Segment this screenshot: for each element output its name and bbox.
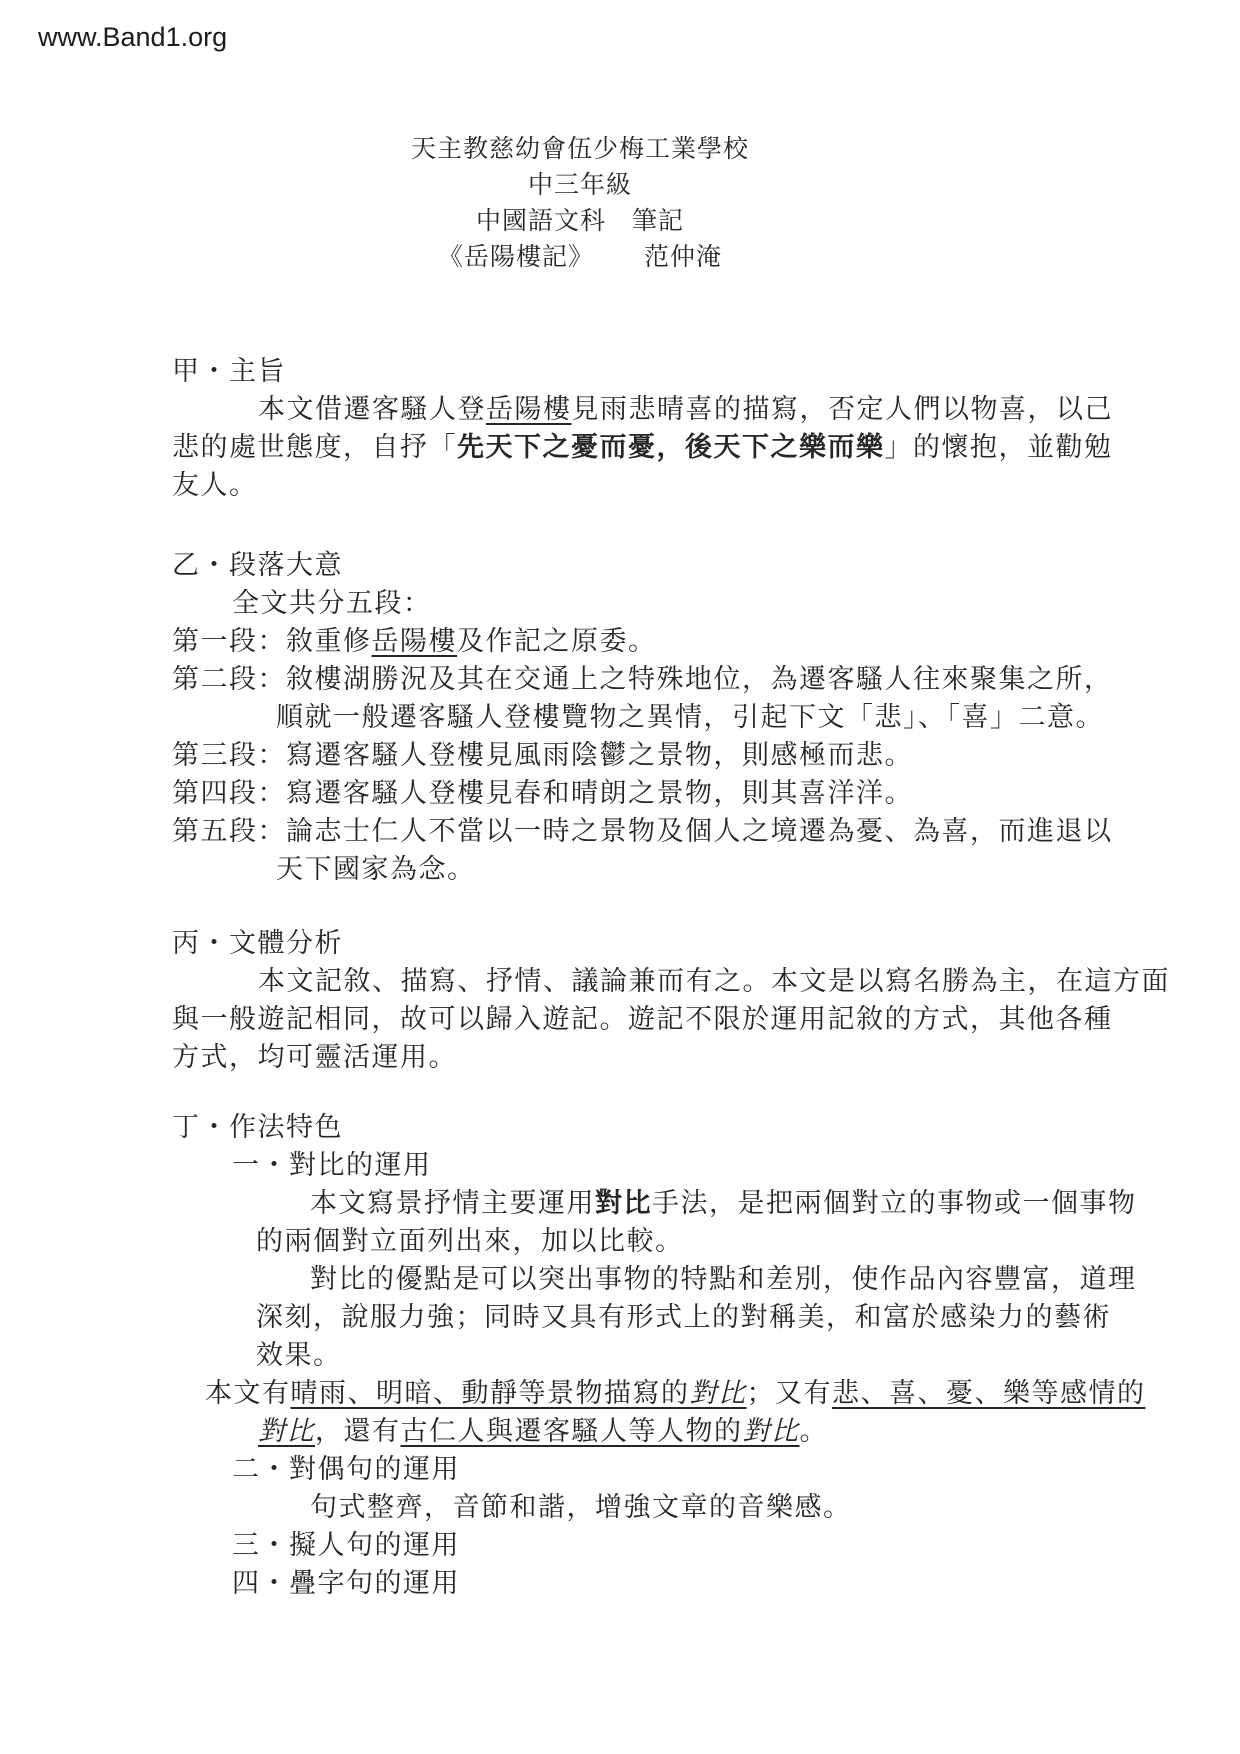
subject-line: 中國語文科筆記: [0, 204, 1160, 240]
text-run: ，還有: [315, 1416, 401, 1446]
section-bing: 丙・文體分析 本文記敘、描寫、抒情、議論兼而有之。本文是以寫名勝為主，在這方面 …: [172, 924, 1162, 1076]
ding-para-3-line-2: 對比，還有古仁人與遷客騷人等人物的對比。: [172, 1412, 1162, 1450]
underlined-italic-term: 對比: [690, 1378, 747, 1408]
section-ding: 丁・作法特色 一・對比的運用 本文寫景抒情主要運用對比手法，是把兩個對立的事物或…: [172, 1108, 1162, 1602]
text-run: 第一段：敘重修: [172, 626, 372, 656]
underlined-italic-term: 對比: [258, 1416, 315, 1446]
ding-para-1-line-2: 的兩個對立面列出來，加以比較。: [172, 1222, 1162, 1260]
section-jia-heading: 甲・主旨: [172, 352, 1162, 390]
ding-para-1-line-1: 本文寫景抒情主要運用對比手法，是把兩個對立的事物或一個事物: [172, 1184, 1162, 1222]
text-run: 見雨悲晴喜的描寫，否定人們以物喜，以己: [572, 394, 1114, 424]
ding-item-1: 一・對比的運用: [172, 1146, 1162, 1184]
underlined-phrase: 悲、喜、憂、樂等感情的: [832, 1378, 1146, 1408]
document-page: www.Band1.org 天主教慈幼會伍少梅工業學校 中三年級 中國語文科筆記…: [0, 0, 1240, 1754]
author-name: 范仲淹: [644, 244, 722, 271]
yi-paragraph-5-line-2: 天下國家為念。: [172, 850, 1162, 888]
ding-para-2-line-2: 深刻，說服力強；同時又具有形式上的對稱美，和富於感染力的藝術: [172, 1298, 1162, 1336]
subject-name: 中國語文科: [476, 208, 606, 235]
ding-para-3-line-1: 本文有晴雨、明暗、動靜等景物描寫的對比；又有悲、喜、憂、樂等感情的: [172, 1374, 1162, 1412]
ding-para-2-line-1: 對比的優點是可以突出事物的特點和差別，使作品內容豐富，道理: [172, 1260, 1162, 1298]
subject-note: 筆記: [632, 208, 684, 235]
underlined-phrase: 古仁人與遷客騷人等人物的: [401, 1416, 743, 1446]
ding-item-4: 四・疊字句的運用: [172, 1564, 1162, 1602]
text-run: ；又有: [747, 1378, 833, 1408]
yi-paragraph-4: 第四段：寫遷客騷人登樓見春和晴朗之景物，則其喜洋洋。: [172, 774, 1162, 812]
text-run: 本文借遷客騷人登: [258, 394, 486, 424]
section-ding-heading: 丁・作法特色: [172, 1108, 1162, 1146]
jia-paragraph-line-3: 友人。: [172, 466, 1162, 504]
watermark-url: www.Band1.org: [0, 0, 1240, 52]
underlined-italic-term: 對比: [743, 1416, 800, 1446]
yi-paragraph-3: 第三段：寫遷客騷人登樓見風雨陰鬱之景物，則感極而悲。: [172, 736, 1162, 774]
yi-paragraph-5-line-1: 第五段：論志士仁人不當以一時之景物及個人之境遷為憂、為喜，而進退以: [172, 812, 1162, 850]
ding-para-2-line-3: 效果。: [172, 1336, 1162, 1374]
title-block: 天主教慈幼會伍少梅工業學校 中三年級 中國語文科筆記 《岳陽樓記》范仲淹: [0, 132, 1160, 276]
school-name: 天主教慈幼會伍少梅工業學校: [0, 132, 1160, 168]
text-run: 悲的處世態度，自抒「: [172, 432, 457, 462]
ding-para-4: 句式整齊，音節和諧，增強文章的音樂感。: [172, 1488, 1162, 1526]
work-line: 《岳陽樓記》范仲淹: [0, 240, 1160, 276]
yi-paragraph-1: 第一段：敘重修岳陽樓及作記之原委。: [172, 622, 1162, 660]
work-title: 《岳陽樓記》: [438, 244, 594, 271]
text-run: 本文寫景抒情主要運用: [310, 1188, 595, 1218]
yi-paragraph-2-line-1: 第二段：敘樓湖勝況及其在交通上之特殊地位，為遷客騷人往來聚集之所，: [172, 660, 1162, 698]
underlined-phrase: 晴雨、明暗、動靜等景物描寫的: [291, 1378, 690, 1408]
text-run: 」的懷抱，並勸勉: [885, 432, 1113, 462]
section-yi: 乙・段落大意 全文共分五段： 第一段：敘重修岳陽樓及作記之原委。 第二段：敘樓湖…: [172, 546, 1162, 888]
ding-item-3: 三・擬人句的運用: [172, 1526, 1162, 1564]
bing-paragraph-line-3: 方式，均可靈活運用。: [172, 1038, 1162, 1076]
yi-paragraph-2-line-2: 順就一般遷客騷人登樓覽物之異情，引起下文「悲」、「喜」二意。: [172, 698, 1162, 736]
bing-paragraph-line-1: 本文記敘、描寫、抒情、議論兼而有之。本文是以寫名勝為主，在這方面: [172, 962, 1162, 1000]
bold-quote: 先天下之憂而憂，後天下之樂而樂: [457, 432, 885, 462]
section-bing-heading: 丙・文體分析: [172, 924, 1162, 962]
bold-term: 對比: [595, 1188, 652, 1218]
yi-intro-line: 全文共分五段：: [172, 584, 1162, 622]
section-jia: 甲・主旨 本文借遷客騷人登岳陽樓見雨悲晴喜的描寫，否定人們以物喜，以己 悲的處世…: [172, 352, 1162, 504]
text-run: 手法，是把兩個對立的事物或一個事物: [652, 1188, 1137, 1218]
ding-item-2: 二・對偶句的運用: [172, 1450, 1162, 1488]
section-yi-heading: 乙・段落大意: [172, 546, 1162, 584]
text-run: 。: [800, 1416, 829, 1446]
underlined-term: 岳陽樓: [372, 626, 458, 656]
jia-paragraph-line-2: 悲的處世態度，自抒「先天下之憂而憂，後天下之樂而樂」的懷抱，並勸勉: [172, 428, 1162, 466]
jia-paragraph-line-1: 本文借遷客騷人登岳陽樓見雨悲晴喜的描寫，否定人們以物喜，以己: [172, 390, 1162, 428]
grade-line: 中三年級: [0, 168, 1160, 204]
text-run: 及作記之原委。: [457, 626, 657, 656]
bing-paragraph-line-2: 與一般遊記相同，故可以歸入遊記。遊記不限於運用記敘的方式，其他各種: [172, 1000, 1162, 1038]
text-run: 本文有: [205, 1378, 291, 1408]
underlined-term: 岳陽樓: [486, 394, 572, 424]
